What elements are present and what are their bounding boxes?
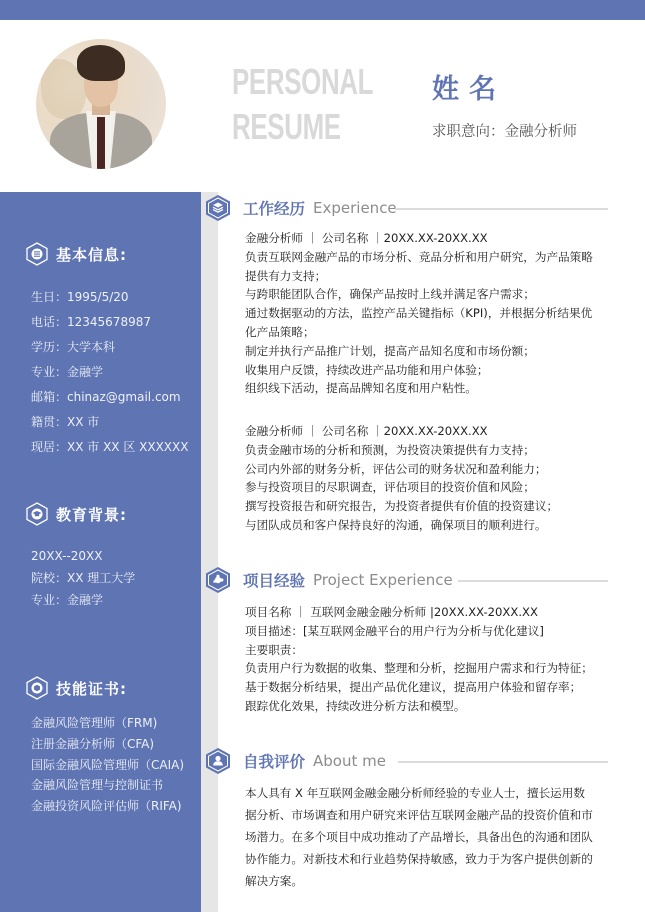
en-title-resume: RESUME: [232, 109, 341, 145]
info-email: 邮箱：chinaz@gmail.com: [31, 385, 188, 410]
job-2-line: 与团队成员和客户保持良好的沟通，确保项目的顺利进行。: [245, 516, 615, 535]
candidate-name: 姓名: [432, 74, 506, 106]
job-2-line: 参与投资项目的尽职调查，评估项目的投资价值和风险；: [245, 478, 615, 497]
education-title: 教育背景:: [56, 504, 127, 525]
about-divider: [398, 761, 608, 763]
job-1-line: 通过数据驱动的方法，监控产品关键指标（KPI)，并根据分析结果优: [245, 304, 615, 323]
job-1-line: 化产品策略；: [245, 323, 615, 342]
project-header: 项目名称 ｜ 互联网金融金融分析师 |20XX.XX-20XX.XX: [245, 603, 615, 622]
info-birthday: 生日：1995/5/20: [31, 285, 188, 310]
job-2-line: 撰写投资报告和研究报告，为投资者提供有价值的投资建议；: [245, 497, 615, 516]
cert-caia: 国际金融风险管理师（CAIA): [31, 755, 184, 776]
puzzle-icon: [205, 566, 231, 594]
cert-cfa: 注册金融分析师（CFA): [31, 734, 184, 755]
skills-heading: 技能证书:: [26, 676, 127, 700]
basic-info-heading: 基本信息:: [26, 242, 127, 266]
about-line: 场潜力。在多个项目中成功推动了产品增长，具备出色的沟通和团队: [245, 826, 610, 848]
cert-rifa: 金融投资风险评估师（RIFA): [31, 796, 184, 817]
experience-heading: 工作经历 Experience: [205, 194, 397, 222]
about-line: 协作能力。对新技术和行业趋势保持敏感，致力于为客户提供创新的: [245, 848, 610, 870]
projects-title-en: Project Experience: [313, 571, 453, 589]
photo-hair: [77, 45, 125, 81]
layers-icon: [205, 194, 231, 222]
info-major: 专业：金融学: [31, 360, 188, 385]
projects-title-cn: 项目经验: [243, 569, 305, 591]
about-paragraph: 本人具有 X 年互联网金融金融分析师经验的专业人士，擅长运用数 据分析、市场调查…: [245, 782, 610, 892]
about-line: 本人具有 X 年互联网金融金融分析师经验的专业人士，擅长运用数: [245, 782, 610, 804]
about-heading: 自我评价 About me: [205, 747, 386, 775]
project-entry: 项目名称 ｜ 互联网金融金融分析师 |20XX.XX-20XX.XX 项目描述：…: [245, 603, 615, 716]
info-hometown: 籍贯：XX 市: [31, 410, 188, 435]
job-1-line: 组织线下活动，提高品牌知名度和用户粘性。: [245, 379, 615, 398]
photo-tie: [97, 117, 105, 169]
edu-period: 20XX--20XX: [31, 545, 135, 567]
cert-risk-control: 金融风险管理与控制证书: [31, 775, 184, 796]
job-intent: 求职意向：金融分析师: [432, 122, 577, 142]
job-2-line: 负责金融市场的分析和预测，为投资决策提供有力支持；: [245, 441, 615, 460]
experience-title-en: Experience: [313, 199, 397, 217]
edu-major: 专业：金融学: [31, 589, 135, 611]
info-education: 学历：大学本科: [31, 335, 188, 360]
info-phone: 电话：12345678987: [31, 310, 188, 335]
project-duty: 负责用户行为数据的收集、整理和分析，挖掘用户需求和行为特征；: [245, 659, 615, 678]
project-duty: 跟踪优化效果，持续改进分析方法和模型。: [245, 697, 615, 716]
basic-info-list: 生日：1995/5/20 电话：12345678987 学历：大学本科 专业：金…: [31, 285, 188, 460]
job-2-header: 金融分析师 ｜ 公司名称 ｜20XX.XX-20XX.XX: [245, 422, 615, 441]
about-line: 解决方案。: [245, 870, 610, 892]
job-entry-2: 金融分析师 ｜ 公司名称 ｜20XX.XX-20XX.XX 负责金融市场的分析和…: [245, 422, 615, 535]
job-1-header: 金融分析师 ｜ 公司名称 ｜20XX.XX-20XX.XX: [245, 229, 615, 248]
edu-school: 院校：XX 理工大学: [31, 567, 135, 589]
job-entry-1: 金融分析师 ｜ 公司名称 ｜20XX.XX-20XX.XX 负责互联网金融产品的…: [245, 229, 615, 398]
top-accent-bar: [0, 0, 645, 20]
info-residence: 现居：XX 市 XX 区 XXXXXX: [31, 435, 188, 460]
experience-title-cn: 工作经历: [243, 197, 305, 219]
cert-frm: 金融风险管理师（FRM): [31, 713, 184, 734]
job-1-line: 收集用户反馈，持续改进产品功能和用户体验；: [245, 361, 615, 380]
basic-info-title: 基本信息:: [56, 244, 127, 265]
skills-list: 金融风险管理师（FRM) 注册金融分析师（CFA) 国际金融风险管理师（CAIA…: [31, 713, 184, 817]
profile-photo: [36, 39, 166, 169]
job-2-line: 公司内外部的财务分析，评估公司的财务状况和盈利能力；: [245, 460, 615, 479]
about-title-en: About me: [313, 752, 386, 770]
job-1-line: 与跨职能团队合作，确保产品按时上线并满足客户需求；: [245, 285, 615, 304]
user-icon: [205, 747, 231, 775]
sidebar-edge-strip: [201, 192, 218, 912]
project-description: 项目描述：[某互联网金融平台的用户行为分析与优化建议]: [245, 622, 615, 641]
about-title-cn: 自我评价: [243, 750, 305, 772]
cube-icon: [26, 676, 48, 700]
job-1-line: 制定并执行产品推广计划，提高产品知名度和市场份额；: [245, 342, 615, 361]
experience-divider: [395, 208, 608, 210]
list-icon: [26, 242, 48, 266]
projects-heading: 项目经验 Project Experience: [205, 566, 453, 594]
about-line: 据分析、市场调查和用户研究来评估互联网金融产品的投资价值和市: [245, 804, 610, 826]
project-duties-label: 主要职责：: [245, 641, 615, 660]
education-heading: 教育背景:: [26, 502, 127, 526]
job-1-line: 负责互联网金融产品的市场分析、竞品分析和用户研究，为产品策略: [245, 248, 615, 267]
en-title-personal: PERSONAL: [232, 64, 373, 100]
projects-divider: [458, 580, 608, 582]
project-duty: 基于数据分析结果，提出产品优化建议，提高用户体验和留存率；: [245, 678, 615, 697]
job-1-line: 提供有力支持；: [245, 267, 615, 286]
skills-title: 技能证书:: [56, 678, 127, 699]
education-list: 20XX--20XX 院校：XX 理工大学 专业：金融学: [31, 545, 135, 611]
graduation-cap-icon: [26, 502, 48, 526]
